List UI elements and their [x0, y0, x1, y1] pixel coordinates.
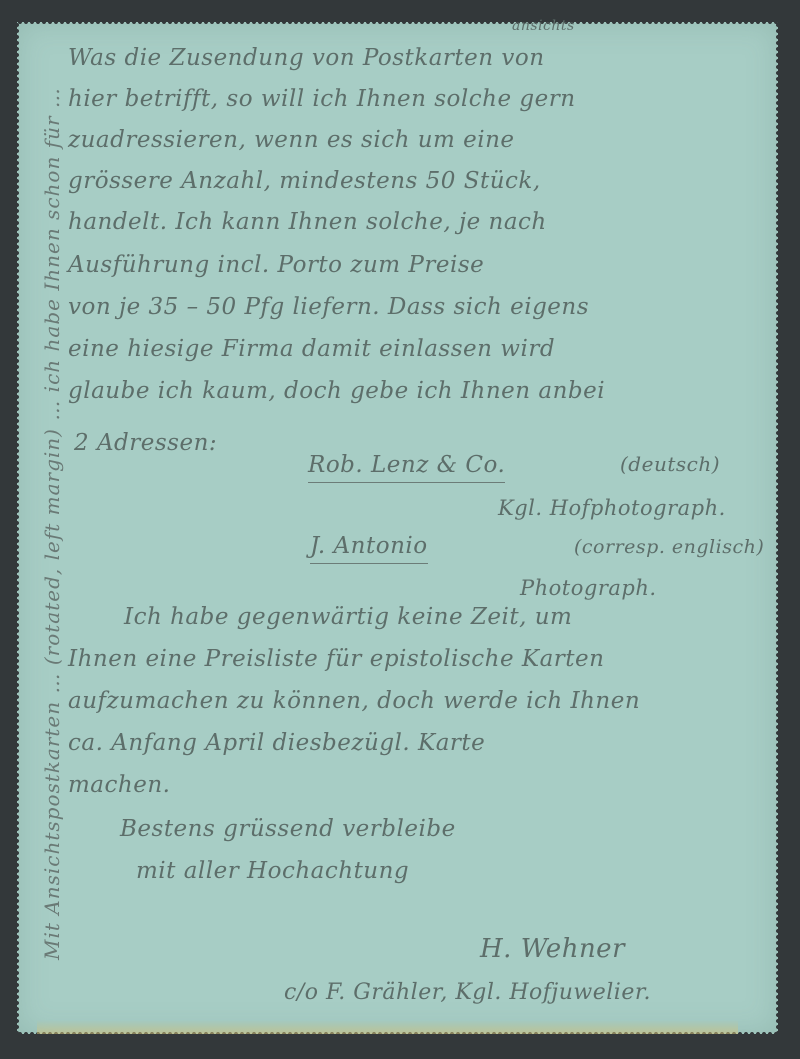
- address-1-title: Kgl. Hofphotograph.: [498, 496, 726, 520]
- letter-line-3: zuadressieren, wenn es sich um eine: [68, 127, 515, 153]
- signature: H. Wehner: [480, 934, 625, 964]
- address-1-note: (deutsch): [620, 452, 720, 476]
- letter-line-2: hier betrifft, so will ich Ihnen solche …: [68, 86, 576, 112]
- perforated-edge-left: [14, 22, 20, 1034]
- insertion-above: ansichts: [512, 18, 575, 34]
- address-2-note: (corresp. englisch): [574, 536, 764, 558]
- perforated-edge-top: [17, 19, 778, 25]
- paragraph2-line-3: aufzumachen zu können, doch werde ich Ih…: [68, 688, 640, 714]
- signature-address: c/o F. Grähler, Kgl. Hofjuwelier.: [284, 980, 651, 1005]
- perforated-edge-right: [775, 22, 781, 1034]
- letter-line-4: grössere Anzahl, mindestens 50 Stück,: [68, 168, 541, 194]
- letter-line-9: glaube ich kaum, doch gebe ich Ihnen anb…: [68, 378, 605, 404]
- letter-line-8: eine hiesige Firma damit einlassen wird: [68, 336, 555, 362]
- paper-stain: [37, 1020, 738, 1034]
- paragraph2-line-2: Ihnen eine Preisliste für epistolische K…: [68, 646, 604, 672]
- closing-line-1: Bestens grüssend verbleibe: [120, 816, 456, 842]
- paragraph2-line-1: Ich habe gegenwärtig keine Zeit, um: [124, 604, 572, 630]
- letter-line-6: Ausführung incl. Porto zum Preise: [68, 252, 484, 278]
- closing-line-2: mit aller Hochachtung: [136, 858, 409, 884]
- letter-line-1: Was die Zusendung von Postkarten von: [68, 45, 545, 71]
- paragraph2-line-4: ca. Anfang April diesbezügl. Karte: [68, 730, 485, 756]
- letter-line-10: 2 Adressen:: [74, 430, 217, 456]
- address-1-name: Rob. Lenz & Co.: [308, 452, 505, 483]
- letter-line-5: handelt. Ich kann Ihnen solche, je nach: [68, 209, 547, 235]
- address-2-title: Photograph.: [520, 576, 657, 600]
- letter-line-7: von je 35 – 50 Pfg liefern. Dass sich ei…: [68, 294, 589, 320]
- address-2-name: J. Antonio: [310, 533, 428, 564]
- paragraph2-line-5: machen.: [68, 772, 170, 798]
- margin-note-rotated: Mit Ansichtspostkarten … (rotated, left …: [40, 30, 64, 960]
